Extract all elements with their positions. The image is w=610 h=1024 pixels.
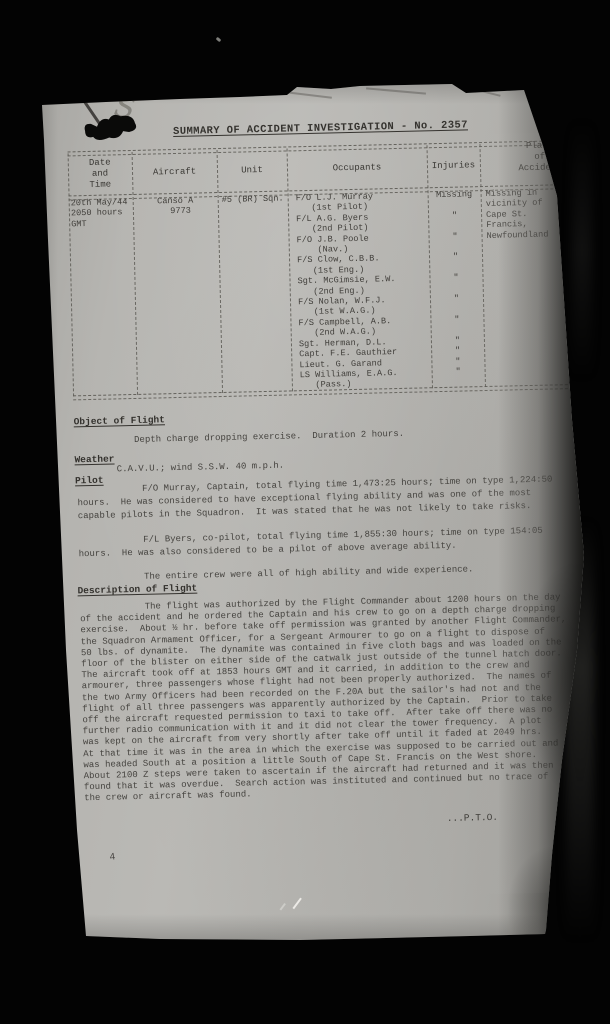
header-cell-aircraft: Aircraft [132,150,218,194]
header-cell-occupants: Occupants [287,145,428,190]
header-cell-injuries: Injuries [426,144,480,187]
pencil-mark: 4 [109,852,116,864]
accident-summary-table: Date and Time Aircraft Unit Occupants In… [68,139,610,395]
paper-scratch [292,898,301,910]
paper-scratch-faint [280,903,286,911]
typed-content: S SUMMARY OF ACCIDENT INVESTIGATION - No… [42,71,610,943]
paper-sheet: S SUMMARY OF ACCIDENT INVESTIGATION - No… [36,78,592,944]
cell-occupants: F/O L.J. Murray (1st Pilot) F/L A.G. Bye… [296,190,432,391]
scan-streak-upper [572,120,592,380]
section-body-description-of-flight: The flight was authorized by the Flight … [80,592,571,805]
section-heading-object-of-flight: Object of Flight [74,414,165,427]
section-body-object-of-flight: Depth charge dropping exercise. Duration… [134,429,404,445]
ink-blot [83,110,140,145]
cell-unit: #5 (BR) Sqn. [218,193,288,205]
cell-injuries: Missing " " " " " " " " " " [428,189,485,377]
section-body-weather: C.A.V.U.; wind S.S.W. 40 m.p.h. [117,461,285,475]
section-heading-weather: Weather [74,453,114,465]
pilot-paragraph-2: F/L Byers, co-pilot, total flying time 1… [78,525,543,561]
header-cell-unit: Unit [217,148,288,192]
pilot-paragraph-1: F/O Murray, Captain, total flying time 1… [77,474,553,523]
pto-note: ...P.T.O. [447,812,499,824]
header-cell-date-time: Date and Time [68,152,133,195]
report-title: SUMMARY OF ACCIDENT INVESTIGATION - No. … [173,119,468,138]
pilot-paragraph-3: The entire crew were all of high ability… [79,563,473,585]
scan-fleck [216,37,222,43]
section-heading-description-of-flight: Description of Flight [77,583,197,597]
scanned-document-page: S SUMMARY OF ACCIDENT INVESTIGATION - No… [0,0,610,1024]
cell-aircraft: Canso A 9773 [133,195,218,218]
cell-date-time: 20th May/44 2050 hours GMT [71,197,134,230]
